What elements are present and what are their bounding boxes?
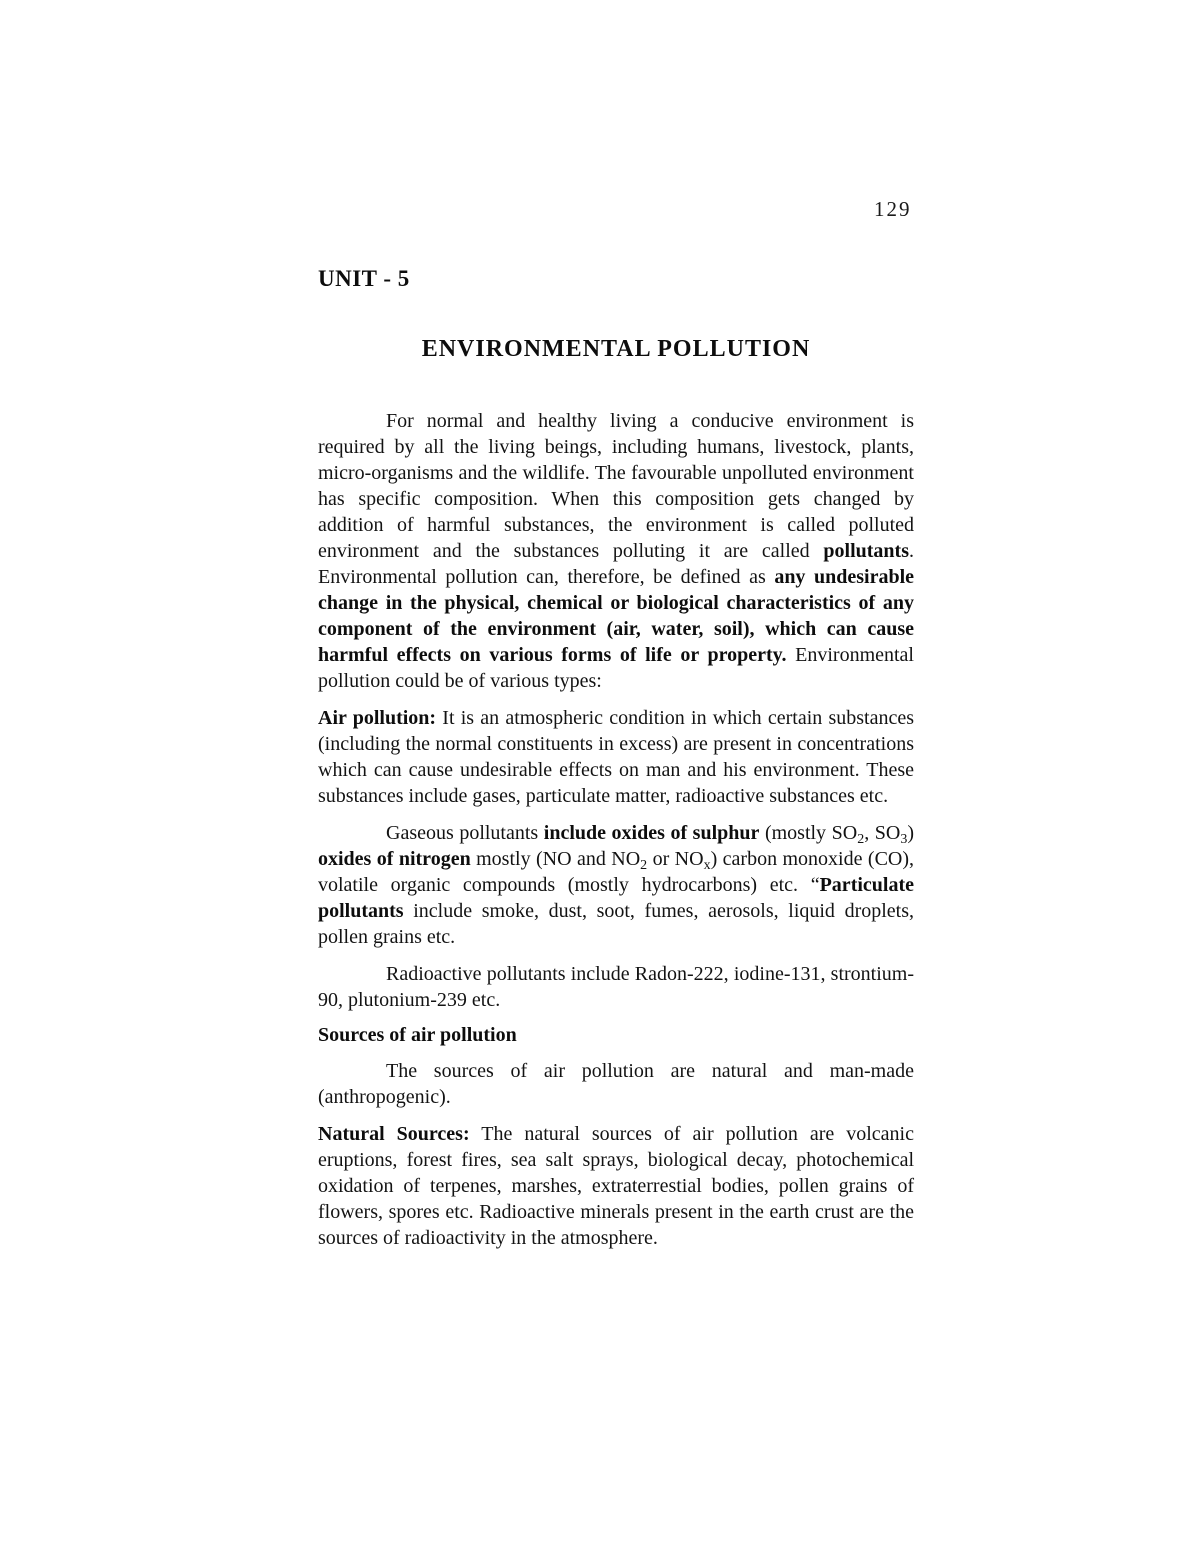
bold-run: pollutants — [823, 540, 909, 562]
section-heading-sources: Sources of air pollution — [318, 1024, 914, 1047]
paragraph-gaseous-pollutants: Gaseous pollutants include oxides of sul… — [318, 820, 914, 950]
document-title: ENVIRONMENTAL POLLUTION — [318, 336, 914, 363]
page-number: 129 — [874, 197, 912, 222]
text-run: mostly (NO and NO — [471, 848, 640, 870]
text-run: , SO — [864, 822, 900, 844]
subscript-run: x — [704, 858, 711, 873]
text-run: Gaseous pollutants — [386, 822, 544, 844]
text-run: include smoke, dust, soot, fumes, aeroso… — [318, 900, 914, 948]
bold-run: Natural Sources: — [318, 1123, 470, 1145]
paragraph-intro: For normal and healthy living a conduciv… — [318, 408, 914, 694]
paragraph-air-pollution: Air pollution: It is an atmospheric cond… — [318, 705, 914, 809]
document-page: 129 UNIT - 5 ENVIRONMENTAL POLLUTION For… — [0, 0, 1200, 1553]
text-run: or NO — [647, 848, 703, 870]
body-text: For normal and healthy living a conduciv… — [318, 408, 914, 1251]
paragraph-radioactive-pollutants: Radioactive pollutants include Radon-222… — [318, 961, 914, 1013]
paragraph-natural-sources: Natural Sources: The natural sources of … — [318, 1121, 914, 1251]
text-run: (mostly SO — [759, 822, 857, 844]
unit-heading: UNIT - 5 — [318, 266, 914, 292]
paragraph-sources: The sources of air pollution are natural… — [318, 1058, 914, 1110]
bold-run: include oxides of sulphur — [544, 822, 760, 844]
text-run: ) — [907, 822, 914, 844]
bold-run: Air pollution: — [318, 707, 436, 729]
bold-run: oxides of nitrogen — [318, 848, 471, 870]
document-content: UNIT - 5 ENVIRONMENTAL POLLUTION For nor… — [318, 266, 914, 1262]
